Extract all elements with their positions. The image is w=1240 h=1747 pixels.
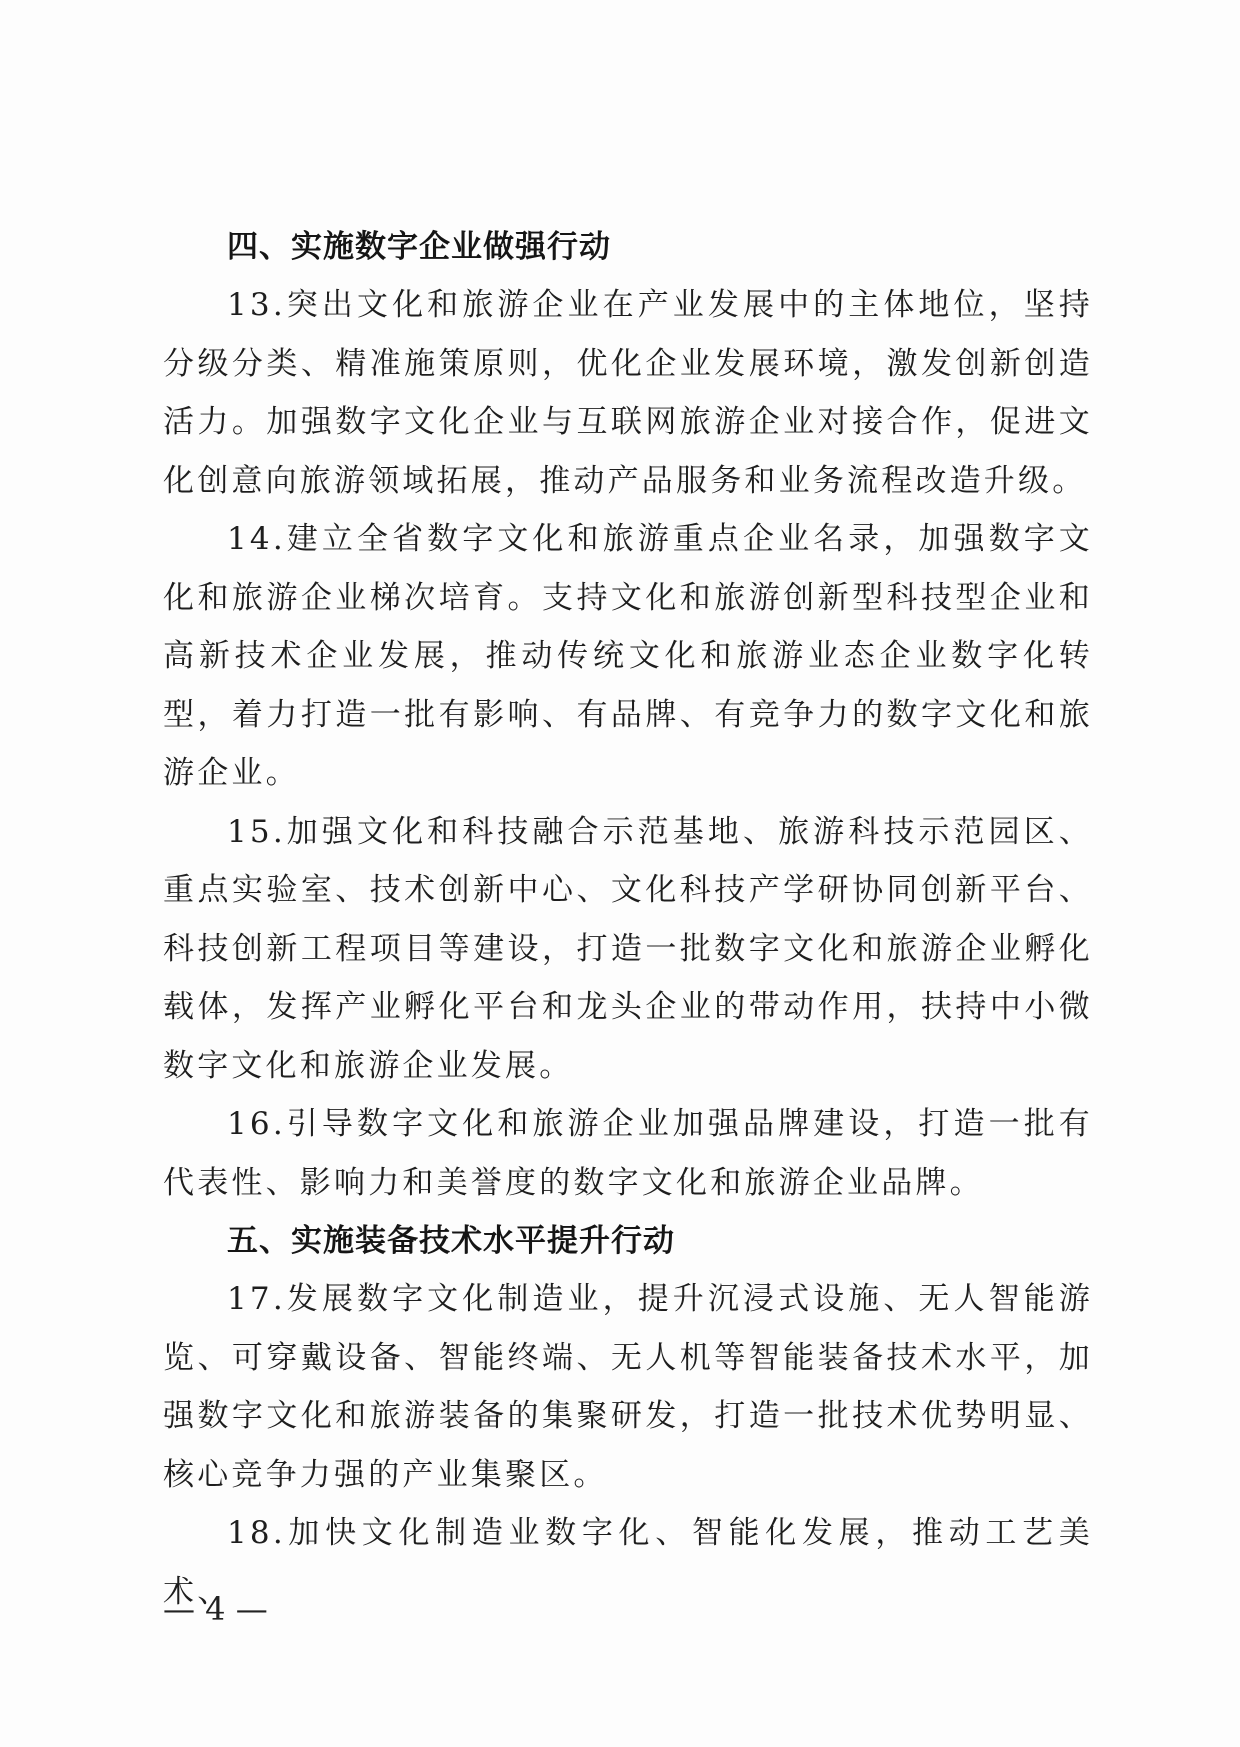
document-body: 四、实施数字企业做强行动 13.突出文化和旅游企业在产业发展中的主体地位，坚持分… [163, 218, 1093, 1621]
section-heading-4: 四、实施数字企业做强行动 [227, 218, 1093, 276]
paragraph-18: 18.加快文化制造业数字化、智能化发展，推动工艺美术、 [163, 1504, 1093, 1621]
paragraph-13: 13.突出文化和旅游企业在产业发展中的主体地位，坚持分级分类、精准施策原则，优化… [163, 276, 1093, 510]
document-page: 四、实施数字企业做强行动 13.突出文化和旅游企业在产业发展中的主体地位，坚持分… [0, 0, 1240, 1747]
paragraph-14: 14.建立全省数字文化和旅游重点企业名录，加强数字文化和旅游企业梯次培育。支持文… [163, 510, 1093, 803]
page-number: — 4 — [163, 1590, 268, 1628]
section-heading-5: 五、实施装备技术水平提升行动 [227, 1212, 1093, 1270]
paragraph-17: 17.发展数字文化制造业，提升沉浸式设施、无人智能游览、可穿戴设备、智能终端、无… [163, 1270, 1093, 1504]
paragraph-15: 15.加强文化和科技融合示范基地、旅游科技示范园区、重点实验室、技术创新中心、文… [163, 803, 1093, 1096]
paragraph-16: 16.引导数字文化和旅游企业加强品牌建设，打造一批有代表性、影响力和美誉度的数字… [163, 1095, 1093, 1212]
